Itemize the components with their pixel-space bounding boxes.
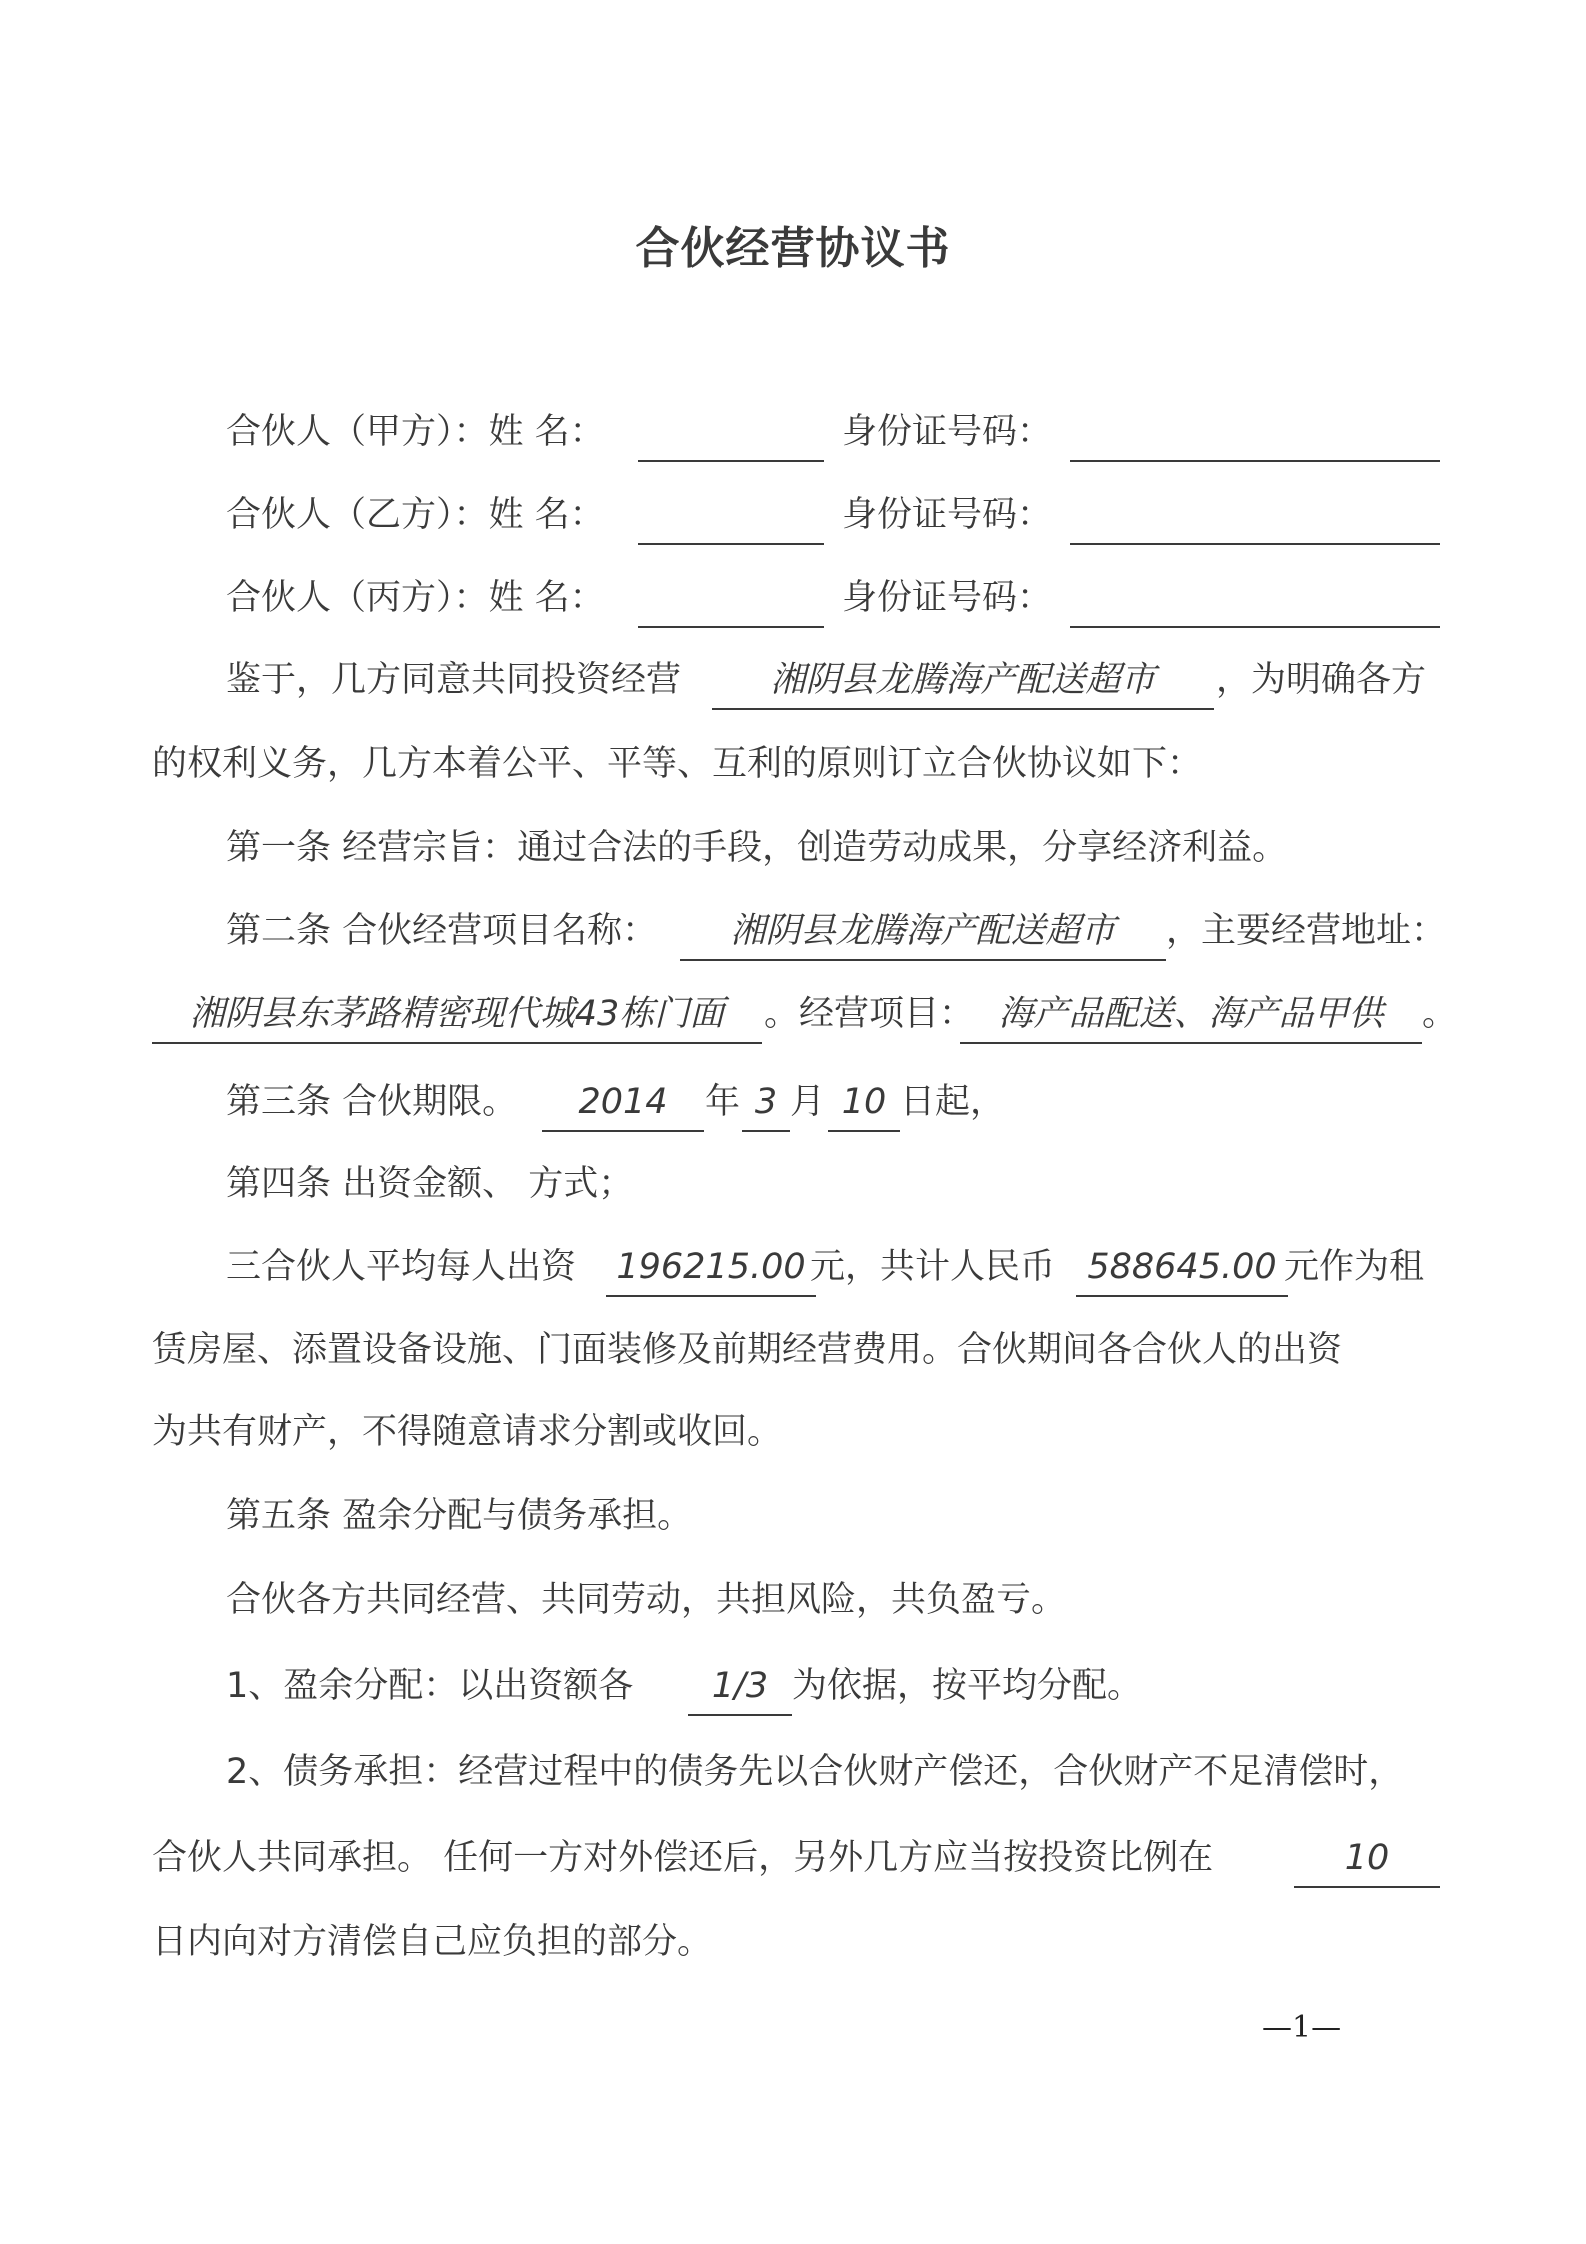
- page-number: —1—: [1262, 2010, 1341, 2045]
- partner-a-id-field[interactable]: [1070, 410, 1440, 462]
- repayment-days-field[interactable]: 10: [1294, 1836, 1440, 1888]
- preamble-line2: 的权利义务，几方本着公平、平等、互利的原则订立合伙协议如下：: [152, 742, 1202, 786]
- day-label: 日起，: [900, 1080, 1005, 1124]
- partner-label: 合伙人（丙方）：姓 名：: [226, 578, 605, 618]
- preamble-part2: ，为明确各方: [1216, 658, 1426, 702]
- business-items-field[interactable]: 海产品配送、海产品甲供: [960, 992, 1422, 1044]
- article-2-end: 。: [1422, 992, 1457, 1036]
- article-2-mid: ，主要经营地址：: [1166, 909, 1446, 953]
- article-2-mid2: 。经营项目：: [764, 992, 974, 1036]
- partner-a-name-field[interactable]: [638, 410, 824, 462]
- partner-b-id-field[interactable]: [1070, 493, 1440, 545]
- article-5-item2-line3: 日内向对方清偿自己应负担的部分。: [152, 1920, 712, 1964]
- partner-label: 合伙人（甲方）：姓 名：: [226, 412, 605, 452]
- year-label: 年: [705, 1080, 740, 1124]
- partner-row-c: 合伙人（丙方）：姓 名：: [226, 576, 605, 620]
- per-person-amount-field[interactable]: 196215.00: [606, 1245, 816, 1297]
- article-4-title: 第四条 出资金额、 方式；: [226, 1162, 633, 1206]
- address-field[interactable]: 湘阴县东茅路精密现代城43栋门面: [152, 992, 762, 1044]
- start-year-field[interactable]: 2014: [542, 1080, 704, 1132]
- article-5-item2-line2: 合伙人共同承担。 任何一方对外偿还后，另外几方应当按投资比例在: [152, 1836, 1213, 1880]
- partner-label: 合伙人（乙方）：姓 名：: [226, 495, 605, 535]
- article-1: 第一条 经营宗旨：通过合法的手段，创造劳动成果，分享经济利益。: [226, 826, 1287, 870]
- total-amount-field[interactable]: 588645.00: [1076, 1245, 1288, 1297]
- start-day-field[interactable]: 10: [828, 1080, 900, 1132]
- profit-ratio-field[interactable]: 1/3: [688, 1664, 792, 1716]
- project-name-field[interactable]: 湘阴县龙腾海产配送超市: [680, 909, 1166, 961]
- article-4-p1-mid: 元，共计人民币: [810, 1245, 1055, 1289]
- partner-a-id-label: 身份证号码：: [842, 410, 1052, 454]
- month-label: 月: [790, 1080, 825, 1124]
- article-5-item1-prefix: 1、盈余分配：以出资额各: [226, 1664, 633, 1708]
- article-5-item1-end: 为依据，按平均分配。: [792, 1664, 1142, 1708]
- article-4-p1-end: 元作为租: [1284, 1245, 1424, 1289]
- article-4-p1-prefix: 三合伙人平均每人出资: [226, 1245, 576, 1289]
- partner-c-id-label: 身份证号码：: [842, 576, 1052, 620]
- preamble-part1: 鉴于，几方同意共同投资经营: [226, 658, 681, 702]
- partner-row-a: 合伙人（甲方）：姓 名：: [226, 410, 605, 454]
- partner-row-b: 合伙人（乙方）：姓 名：: [226, 493, 605, 537]
- article-5-intro: 合伙各方共同经营、共同劳动，共担风险，共负盈亏。: [226, 1578, 1066, 1622]
- article-2-prefix: 第二条 合伙经营项目名称：: [226, 909, 657, 953]
- partner-b-id-label: 身份证号码：: [842, 493, 1052, 537]
- article-3-prefix: 第三条 合伙期限。: [226, 1080, 517, 1124]
- partner-c-name-field[interactable]: [638, 576, 824, 628]
- partner-c-id-field[interactable]: [1070, 576, 1440, 628]
- partner-b-name-field[interactable]: [638, 493, 824, 545]
- article-4-line2: 赁房屋、添置设备设施、门面装修及前期经营费用。合伙期间各合伙人的出资: [152, 1328, 1342, 1372]
- business-name-field[interactable]: 湘阴县龙腾海产配送超市: [712, 658, 1214, 710]
- article-4-line3: 为共有财产，不得随意请求分割或收回。: [152, 1410, 782, 1454]
- document-title: 合伙经营协议书: [0, 212, 1586, 276]
- article-5-title: 第五条 盈余分配与债务承担。: [226, 1494, 692, 1538]
- start-month-field[interactable]: 3: [742, 1080, 790, 1132]
- article-5-item2-line1: 2、债务承担：经营过程中的债务先以合伙财产偿还，合伙财产不足清偿时，: [226, 1750, 1403, 1794]
